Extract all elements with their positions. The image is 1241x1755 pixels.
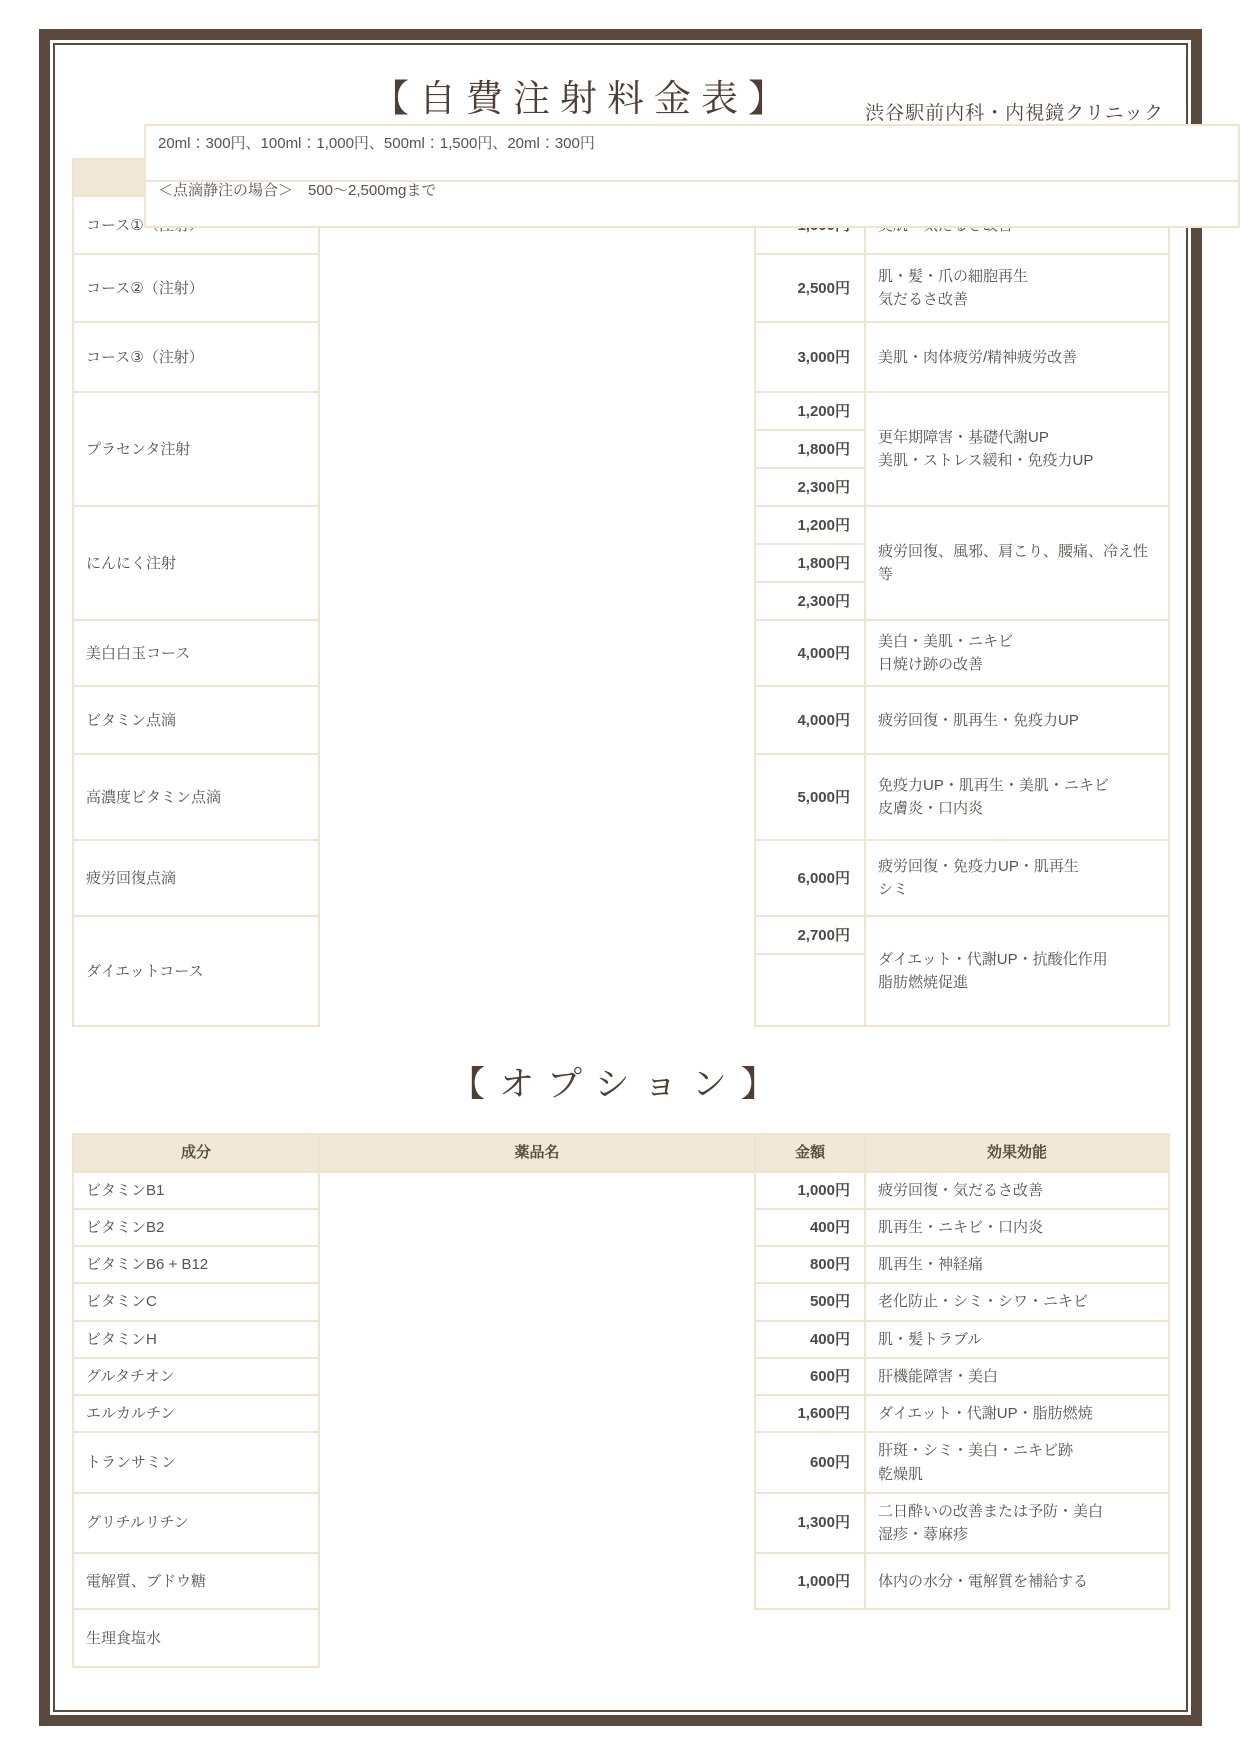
price-cell: 1,200円 xyxy=(755,392,865,430)
table-row-garlic-1: にんにく注射 フルスルチアミン1A 1,200円 疲労回復、風邪、肩こり、腰痛、… xyxy=(73,506,1169,544)
col-header-drug: 薬品名 xyxy=(319,1134,755,1171)
effect-cell: 二日酔いの改善または予防・美白湿疹・蕁麻疹 xyxy=(865,1493,1169,1554)
price-cell: 4,000円 xyxy=(755,620,865,686)
price-cell: 4,000円 xyxy=(755,686,865,754)
price-cell: 5,000円 xyxy=(755,754,865,840)
effect-cell: 老化防止・シミ・シワ・ニキビ xyxy=(865,1283,1169,1320)
menu-cell: ビタミン点滴 xyxy=(73,686,319,754)
table-row-vitamin-h: ビタミンH ビオチン 400円 肌・髪トラブル xyxy=(73,1321,1169,1358)
effect-cell: 免疫力UP・肌再生・美肌・ニキビ皮膚炎・口内炎 xyxy=(865,754,1169,840)
price-cell: 6,000円 xyxy=(755,840,865,916)
price-cell: 1,000円 xyxy=(755,1172,865,1209)
price-cell: 1,600円 xyxy=(755,1395,865,1432)
price-cell: 500円 xyxy=(755,1283,865,1320)
effect-cell: 肌再生・ニキビ・口内炎 xyxy=(865,1209,1169,1246)
ingredient-cell: ビタミンC xyxy=(73,1283,319,1320)
options-table-header-row: 成分 薬品名 金額 効果効能 xyxy=(73,1134,1169,1171)
ingredient-cell: 電解質、ブドウ糖 xyxy=(73,1553,319,1609)
effect-cell: ダイエット・代謝UP・抗酸化作用脂肪燃焼促進 xyxy=(865,916,1169,1026)
table-row-saline: 生理食塩水 20ml：300円、100ml：1,000円、500ml：1,500… xyxy=(73,1609,1169,1667)
menu-cell: コース③（注射） xyxy=(73,322,319,392)
effect-cell: 肝機能障害・美白 xyxy=(865,1358,1169,1395)
menu-cell: 美白白玉コース xyxy=(73,620,319,686)
table-row-course2: コース②（注射） ネオラミンスリービー1A、アスコルビン酸1Aリボフラビン2A、… xyxy=(73,254,1169,322)
ingredient-cell: エルカルチン xyxy=(73,1395,319,1432)
price-cell: 1,800円 xyxy=(755,430,865,468)
page-title: 【自費注射料金表】 xyxy=(372,68,795,122)
menu-cell: にんにく注射 xyxy=(73,506,319,620)
price-cell: 1,000円 xyxy=(755,1553,865,1609)
price-cell: 2,500円 xyxy=(755,254,865,322)
effect-cell: 疲労回復・気だるさ改善 xyxy=(865,1172,1169,1209)
table-row-placenta-1: プラセンタ注射 ラエンネック1A 1,200円 更年期障害・基礎代謝UP美肌・ス… xyxy=(73,392,1169,430)
price-cell: 600円 xyxy=(755,1432,865,1493)
effect-cell: 体内の水分・電解質を補給する xyxy=(865,1553,1169,1609)
ingredient-cell: ビタミンB2 xyxy=(73,1209,319,1246)
table-row-vitamin-c: ビタミンC アスコルビン酸500mg1A 500円 老化防止・シミ・シワ・ニキビ xyxy=(73,1283,1169,1320)
price-cell: 400円 xyxy=(755,1209,865,1246)
table-row-electrolyte: 電解質、ブドウ糖 ラクテック 250ml 1,000円 体内の水分・電解質を補給… xyxy=(73,1553,1169,1609)
saline-prices-cell: 20ml：300円、100ml：1,000円、500ml：1,500円、20ml… xyxy=(144,124,1240,182)
price-cell: 2,300円 xyxy=(755,468,865,506)
price-cell: 2,300円 xyxy=(755,582,865,620)
effect-cell: 疲労回復、風邪、肩こり、腰痛、冷え性等 xyxy=(865,506,1169,620)
effect-cell: 美肌・肉体疲労/精神疲労改善 xyxy=(865,322,1169,392)
price-cell: 1,800円 xyxy=(755,544,865,582)
effect-cell: 更年期障害・基礎代謝UP美肌・ストレス緩和・免疫力UP xyxy=(865,392,1169,506)
table-row-diet-1: ダイエットコース ハイプレアミン1V、生理食塩液20ml 2,700円 ダイエッ… xyxy=(73,916,1169,954)
price-cell-empty xyxy=(755,954,865,1026)
effect-cell: 疲労回復・免疫力UP・肌再生シミ xyxy=(865,840,1169,916)
ingredient-cell: トランサミン xyxy=(73,1432,319,1493)
options-section-title: 【オプション】 xyxy=(72,1057,1168,1107)
table-row-glutathione: グルタチオン タチオン200mg1A 600円 肝機能障害・美白 xyxy=(73,1358,1169,1395)
table-row-l-carnitine: エルカルチン エルカルチンFF1,000mg１本 1,600円 ダイエット・代謝… xyxy=(73,1395,1169,1432)
effect-cell: 肌・髪トラブル xyxy=(865,1321,1169,1358)
table-row-vitamin-b6-b12: ビタミンB6 + B12 ネオラミンスリービー10ml1A 800円 肌再生・神… xyxy=(73,1246,1169,1283)
table-row-course3: コース③（注射） フルスルチアミン50mg、アスコルビン酸1Aリボフラビン2A、… xyxy=(73,322,1169,392)
ingredient-cell: グルタチオン xyxy=(73,1358,319,1395)
price-cell: 1,300円 xyxy=(755,1493,865,1554)
table-row-vitamin-b2: ビタミンB2 リボフラビン10mg1A 400円 肌再生・ニキビ・口内炎 xyxy=(73,1209,1169,1246)
price-cell: 400円 xyxy=(755,1321,865,1358)
col-header-ingredient: 成分 xyxy=(73,1134,319,1171)
price-cell: 3,000円 xyxy=(755,322,865,392)
effect-cell: 肌・髪・爪の細胞再生気だるさ改善 xyxy=(865,254,1169,322)
price-cell: 2,700円 xyxy=(755,916,865,954)
menu-cell: 高濃度ビタミン点滴 xyxy=(73,754,319,840)
ingredient-cell: ビタミンB6 + B12 xyxy=(73,1246,319,1283)
main-price-table: メニュー 内容・量 金額 効果効能 コース①（注射） ネオラミンスリービー1A、… xyxy=(72,158,1170,1027)
price-cell: 800円 xyxy=(755,1246,865,1283)
effect-cell: 疲労回復・肌再生・免疫力UP xyxy=(865,686,1169,754)
col-header-effect: 効果効能 xyxy=(865,1134,1169,1171)
menu-cell: コース②（注射） xyxy=(73,254,319,322)
clinic-name: 渋谷駅前内科・内視鏡クリニック xyxy=(865,98,1164,125)
menu-cell: 疲労回復点滴 xyxy=(73,840,319,916)
menu-cell: プラセンタ注射 xyxy=(73,392,319,506)
effect-cell: 肝斑・シミ・美白・ニキビ跡乾燥肌 xyxy=(865,1432,1169,1493)
ingredient-cell: 生理食塩水 xyxy=(73,1609,319,1667)
table-row-high-vitamin-drip: 高濃度ビタミン点滴 ネオラミンスリービー1A、アスコルビン酸10Aリボフラビン1… xyxy=(73,754,1169,840)
ingredient-cell: グリチルリチン xyxy=(73,1493,319,1554)
table-row-vitamin-drip: ビタミン点滴 フルスルチアミン50mg、アスコルビン酸2Aリボフラビン3A、5%… xyxy=(73,686,1169,754)
table-row-recovery-drip: 疲労回復点滴 ネオラミンスリービー1A、リボフラビン1A、アスコルビン酸2A、フ… xyxy=(73,840,1169,916)
menu-cell: ダイエットコース xyxy=(73,916,319,1026)
ingredient-cell: ビタミンB1 xyxy=(73,1172,319,1209)
table-row-whitening: 美白白玉コース タチオン5A、アスコルビン酸4A、生理食塩液20ml 4,000… xyxy=(73,620,1169,686)
effect-cell: 肌再生・神経痛 xyxy=(865,1246,1169,1283)
effect-cell: ダイエット・代謝UP・脂肪燃焼 xyxy=(865,1395,1169,1432)
ingredient-cell: ビタミンH xyxy=(73,1321,319,1358)
table-row-vitamin-b1: ビタミンB1 フルスルチアミン50mg1A 1,000円 疲労回復・気だるさ改善 xyxy=(73,1172,1169,1209)
col-header-price: 金額 xyxy=(755,1134,865,1171)
effect-cell: 美白・美肌・ニキビ日焼け跡の改善 xyxy=(865,620,1169,686)
price-cell: 600円 xyxy=(755,1358,865,1395)
page-content: 【自費注射料金表】 渋谷駅前内科・内視鏡クリニック （税込） メニュー 内容・量… xyxy=(72,62,1168,1668)
price-cell: 1,200円 xyxy=(755,506,865,544)
options-table: 成分 薬品名 金額 効果効能 ビタミンB1 フルスルチアミン50mg1A 1,0… xyxy=(72,1133,1170,1668)
table-row-glycyrrhizin: グリチルリチン 強力ネオミノファーゲンシー20ml1A 1,300円 二日酔いの… xyxy=(73,1493,1169,1554)
